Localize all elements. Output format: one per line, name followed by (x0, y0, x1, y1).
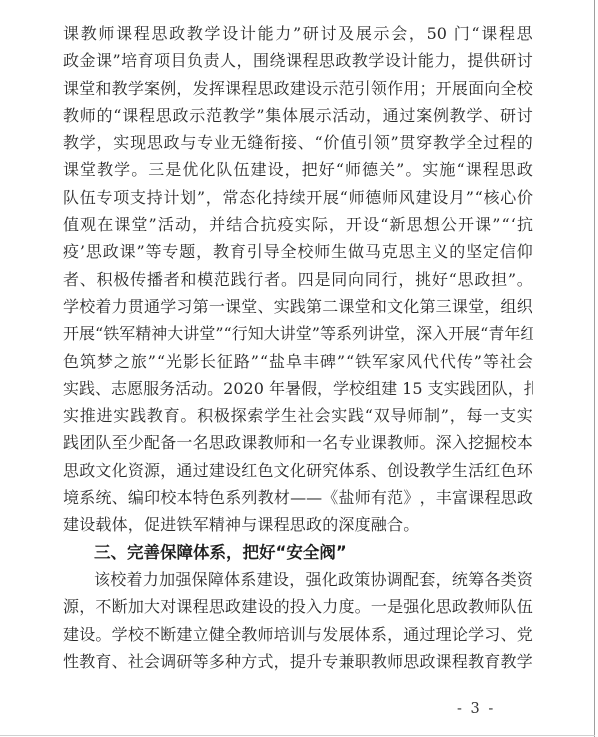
text-line: 色筑梦之旅”“光影长征路”“盐阜丰碑”“铁军家风代代传”等社会 (63, 348, 533, 375)
text-line: 境系统、编印校本特色系列教材——《盐师有范》，丰富课程思政 (63, 484, 533, 511)
text-line: 学校着力贯通学习第一课堂、实践第二课堂和文化第三课堂，组织 (63, 293, 533, 320)
text-line: 建设载体，促进铁军精神与课程思政的深度融合。 (63, 511, 533, 538)
text-line: 实践、志愿服务活动。2020 年暑假，学校组建 15 支实践团队，扎 (63, 375, 533, 402)
text-line: 者、积极传播者和模范践行者。四是同向同行，挑好“思政担”。 (63, 266, 533, 293)
section-heading: 三、完善保障体系，把好“安全阀” (63, 539, 533, 566)
text-line: 源，不断加大对课程思政建设的投入力度。一是强化思政教师队伍 (63, 593, 533, 620)
text-line: 课堂和教学案例，发挥课程思政建设示范引领作用；开展面向全校 (63, 75, 533, 102)
text-line: 疫’思政课”等专题，教育引导全校师生做马克思主义的坚定信仰 (63, 238, 533, 265)
text-line: 开展“铁军精神大讲堂”“行知大讲堂”等系列讲堂，深入开展“青年红 (63, 320, 533, 347)
text-line: 思政文化资源，通过建设红色文化研究体系、创设教学生活红色环 (63, 457, 533, 484)
text-line: 值观在课堂”活动，并结合抗疫实际，开设“新思想公开课”“‘抗 (63, 211, 533, 238)
page-edge-line-bottom (0, 735, 595, 736)
text-block: 课教师课程思政教学设计能力”研讨及展示会，50 门“课程思政金课”培育项目负责人… (63, 20, 533, 675)
text-line: 课教师课程思政教学设计能力”研讨及展示会，50 门“课程思 (63, 20, 533, 47)
text-line: 政金课”培育项目负责人，围绕课程思政教学设计能力，提供研讨 (63, 47, 533, 74)
text-line: 该校着力加强保障体系建设，强化政策协调配套，统筹各类资 (63, 566, 533, 593)
document-page: 课教师课程思政教学设计能力”研讨及展示会，50 门“课程思政金课”培育项目负责人… (0, 0, 598, 737)
text-line: 践团队至少配备一名思政课教师和一名专业课教师。深入挖掘校本 (63, 429, 533, 456)
text-line: 建设。学校不断建立健全教师培训与发展体系，通过理论学习、党 (63, 621, 533, 648)
text-line: 课堂教学。三是优化队伍建设，把好“师德关”。实施“课程思政 (63, 156, 533, 183)
page-edge-line-right (594, 0, 595, 737)
text-line: 教师的“课程思政示范教学”集体展示活动，通过案例教学、研讨 (63, 102, 533, 129)
text-line: 实推进实践教育。积极探索学生社会实践“双导师制”，每一支实 (63, 402, 533, 429)
text-line: 性教育、社会调研等多种方式，提升专兼职教师思政课程教育教学 (63, 648, 533, 675)
page-number: - 3 - (457, 701, 495, 717)
text-line: 队伍专项支持计划”，常态化持续开展“师德师风建设月”“核心价 (63, 184, 533, 211)
text-line: 教学，实现思政与专业无缝衔接、“价值引领”贯穿教学全过程的 (63, 129, 533, 156)
